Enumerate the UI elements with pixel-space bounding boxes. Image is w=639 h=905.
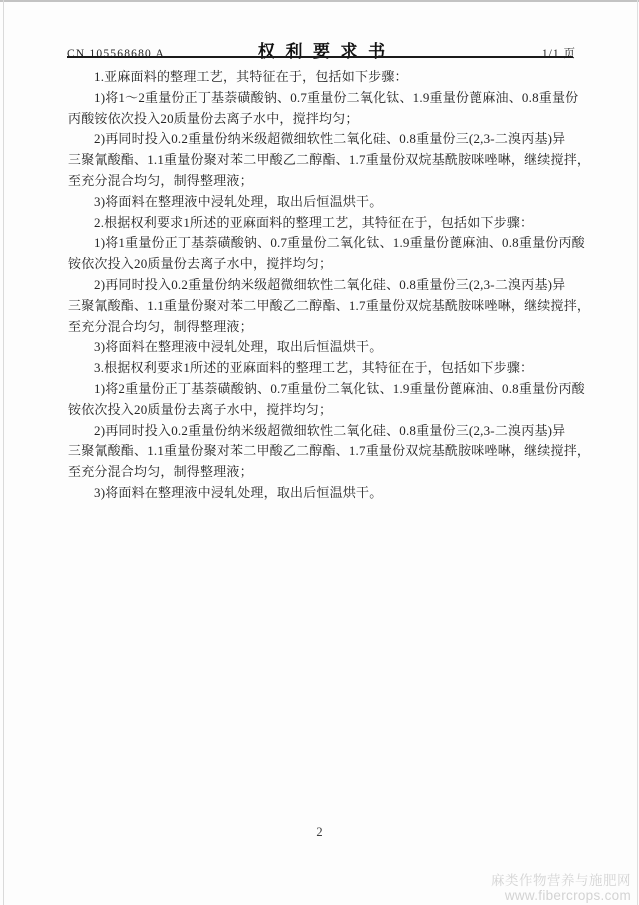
patent-claims-page: CN 105568680 A 权利要求书 1/1 页 1.亚麻面料的整理工艺，其… bbox=[0, 0, 639, 905]
header-rule bbox=[67, 56, 573, 58]
claim-text-line: 至充分混合均匀，制得整理液； bbox=[68, 462, 574, 483]
page-indicator: 1/1 页 bbox=[416, 45, 576, 61]
scan-edge-top bbox=[0, 0, 639, 2]
claim-text-line: 2)再同时投入0.2重量份纳米级超微细软性二氧化硅、0.8重量份三(2,3-二溴… bbox=[68, 129, 574, 150]
claim-text-line: 3)将面料在整理液中浸轧处理，取出后恒温烘干。 bbox=[68, 337, 574, 358]
claim-text-line: 2)再同时投入0.2重量份纳米级超微细软性二氧化硅、0.8重量份三(2,3-二溴… bbox=[68, 275, 574, 296]
claim-text-line: 铵依次投入20质量份去离子水中，搅拌均匀； bbox=[68, 400, 574, 421]
claim-text-line: 铵依次投入20质量份去离子水中，搅拌均匀； bbox=[68, 254, 574, 275]
document-title: 权利要求书 bbox=[227, 37, 416, 62]
claim-text-line: 三聚氰酸酯、1.1重量份聚对苯二甲酸乙二醇酯、1.7重量份双烷基酰胺咪唑啉，继续… bbox=[68, 296, 574, 317]
claim-text-line: 3)将面料在整理液中浸轧处理，取出后恒温烘干。 bbox=[68, 192, 574, 213]
claims-body: 1.亚麻面料的整理工艺，其特征在于，包括如下步骤：1)将1～2重量份正丁基萘磺酸… bbox=[68, 67, 574, 504]
watermark-site-url: www.fibercrops.com bbox=[491, 888, 631, 903]
claim-text-line: 3)将面料在整理液中浸轧处理，取出后恒温烘干。 bbox=[68, 483, 574, 504]
watermark-site-name: 麻类作物营养与施肥网 bbox=[491, 873, 631, 888]
claim-text-line: 1)将1～2重量份正丁基萘磺酸钠、0.7重量份二氧化钛、1.9重量份蓖麻油、0.… bbox=[68, 88, 574, 109]
claim-text-line: 2)再同时投入0.2重量份纳米级超微细软性二氧化硅、0.8重量份三(2,3-二溴… bbox=[68, 421, 574, 442]
claim-text-line: 1.亚麻面料的整理工艺，其特征在于，包括如下步骤： bbox=[68, 67, 574, 88]
page-number: 2 bbox=[0, 825, 639, 840]
claim-text-line: 1)将1重量份正丁基萘磺酸钠、0.7重量份二氧化钛、1.9重量份蓖麻油、0.8重… bbox=[68, 233, 574, 254]
claim-text-line: 1)将2重量份正丁基萘磺酸钠、0.7重量份二氧化钛、1.9重量份蓖麻油、0.8重… bbox=[68, 379, 574, 400]
watermark: 麻类作物营养与施肥网 www.fibercrops.com bbox=[491, 873, 631, 903]
scan-edge-left bbox=[3, 0, 4, 905]
page-header: CN 105568680 A 权利要求书 1/1 页 bbox=[67, 37, 576, 55]
claim-text-line: 三聚氰酸酯、1.1重量份聚对苯二甲酸乙二醇酯、1.7重量份双烷基酰胺咪唑啉，继续… bbox=[68, 150, 574, 171]
claim-text-line: 三聚氰酸酯、1.1重量份聚对苯二甲酸乙二醇酯、1.7重量份双烷基酰胺咪唑啉，继续… bbox=[68, 441, 574, 462]
publication-number: CN 105568680 A bbox=[67, 48, 227, 60]
claim-text-line: 至充分混合均匀，制得整理液； bbox=[68, 317, 574, 338]
claim-text-line: 2.根据权利要求1所述的亚麻面料的整理工艺，其特征在于，包括如下步骤： bbox=[68, 213, 574, 234]
claim-text-line: 丙酸铵依次投入20质量份去离子水中，搅拌均匀； bbox=[68, 109, 574, 130]
claim-text-line: 至充分混合均匀，制得整理液； bbox=[68, 171, 574, 192]
scan-edge-right bbox=[637, 0, 638, 905]
claim-text-line: 3.根据权利要求1所述的亚麻面料的整理工艺，其特征在于，包括如下步骤： bbox=[68, 358, 574, 379]
